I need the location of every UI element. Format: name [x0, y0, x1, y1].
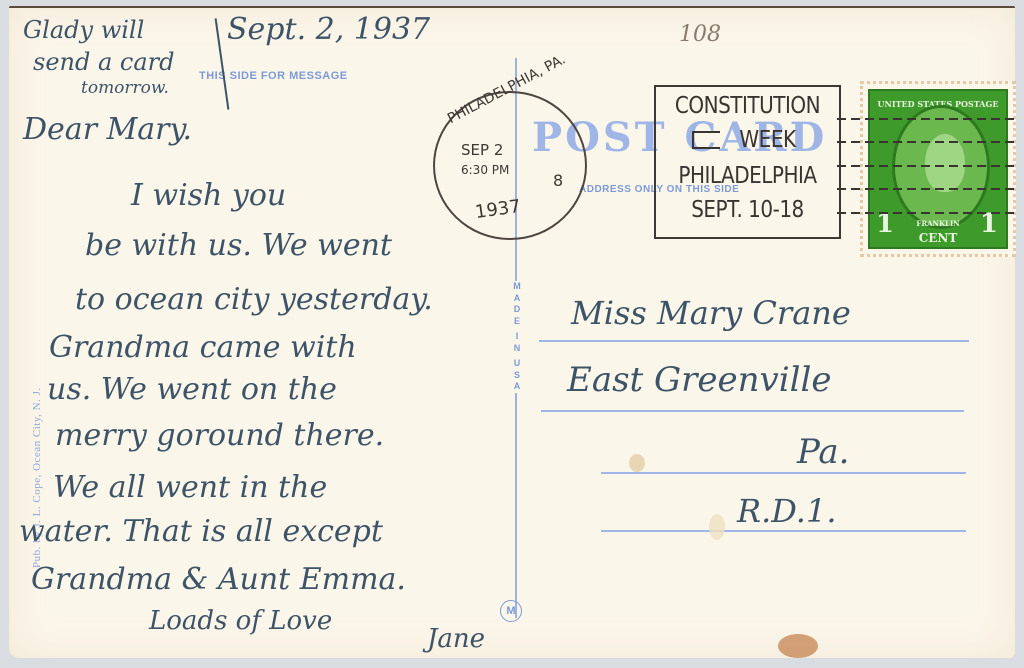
slogan-line-2: WEEK [656, 125, 839, 153]
cancel-line [837, 165, 1017, 167]
cancel-line [837, 141, 1017, 143]
address-line-3: Pa. [797, 432, 849, 472]
philadelphia-postmark: PHILADELPHIA, PA. 8 SEP 2 6:30 PM 1937 [433, 91, 587, 240]
message-line-1: I wish you [131, 178, 286, 213]
address-line-4: R.D.1. [737, 492, 836, 530]
message-line-3: to ocean city yesterday. [75, 282, 433, 317]
message-line-4: Grandma came with [49, 330, 357, 365]
stamp-portrait-label: FRANKLIN [910, 219, 966, 228]
franklin-one-cent-stamp: UNITED STATES POSTAGE FRANKLIN 1 1 CENT [860, 81, 1016, 257]
foxing-stain [709, 514, 725, 540]
message-signature: Jane [427, 624, 485, 654]
message-line-2: be with us. We went [85, 228, 392, 263]
message-line-7: We all went in the [53, 470, 327, 505]
postcard: THIS SIDE FOR MESSAGE POST CARD ADDRESS … [9, 6, 1015, 658]
address-line-1: Miss Mary Crane [571, 294, 851, 332]
postmark-year: 1937 [474, 196, 522, 223]
message-date: Sept. 2, 1937 [227, 12, 430, 47]
postmark-date: SEP 2 [461, 141, 503, 159]
address-rule-4 [601, 530, 966, 532]
cancel-line [837, 188, 1017, 190]
side-note-line-2: send a card [33, 48, 175, 76]
foxing-stain [629, 454, 645, 472]
message-closing: Loads of Love [149, 606, 332, 636]
postmark-city: PHILADELPHIA, PA. [445, 51, 568, 127]
message-line-9: Grandma & Aunt Emma. [31, 562, 406, 597]
foxing-stain [778, 634, 818, 658]
message-line-8: water. That is all except [19, 514, 383, 549]
message-greeting: Dear Mary. [23, 112, 192, 147]
address-rule-2 [541, 410, 964, 412]
stamp-unit: CENT [910, 231, 966, 245]
publisher-logo-icon: M [500, 600, 522, 622]
slogan-line-4: SEPT. 10-18 [656, 195, 839, 223]
slogan-line-3: PHILADELPHIA [656, 161, 839, 189]
portrait-oval [892, 105, 990, 229]
address-rule-1 [539, 340, 969, 342]
constitution-week-slogan-cancel: CONSTITUTION WEEK PHILADELPHIA SEPT. 10-… [654, 85, 841, 239]
address-line-2: East Greenville [567, 360, 832, 400]
side-note-line-3: tomorrow. [81, 78, 169, 98]
slogan-line-1: CONSTITUTION [656, 91, 839, 119]
side-note-line-1: Glady will [23, 16, 144, 44]
address-rule-3 [601, 472, 966, 474]
cancel-line [837, 118, 1017, 120]
pencil-note: 108 [679, 22, 721, 47]
postmark-time: 6:30 PM [461, 163, 509, 177]
cancel-line [837, 212, 1017, 214]
message-line-6: merry goround there. [55, 418, 384, 453]
scroll-ornament-icon [692, 131, 720, 149]
postmark-station: 8 [553, 171, 563, 190]
message-line-5: us. We went on the [47, 372, 337, 407]
made-in-usa-label: M A D E I N U S A [511, 281, 523, 393]
